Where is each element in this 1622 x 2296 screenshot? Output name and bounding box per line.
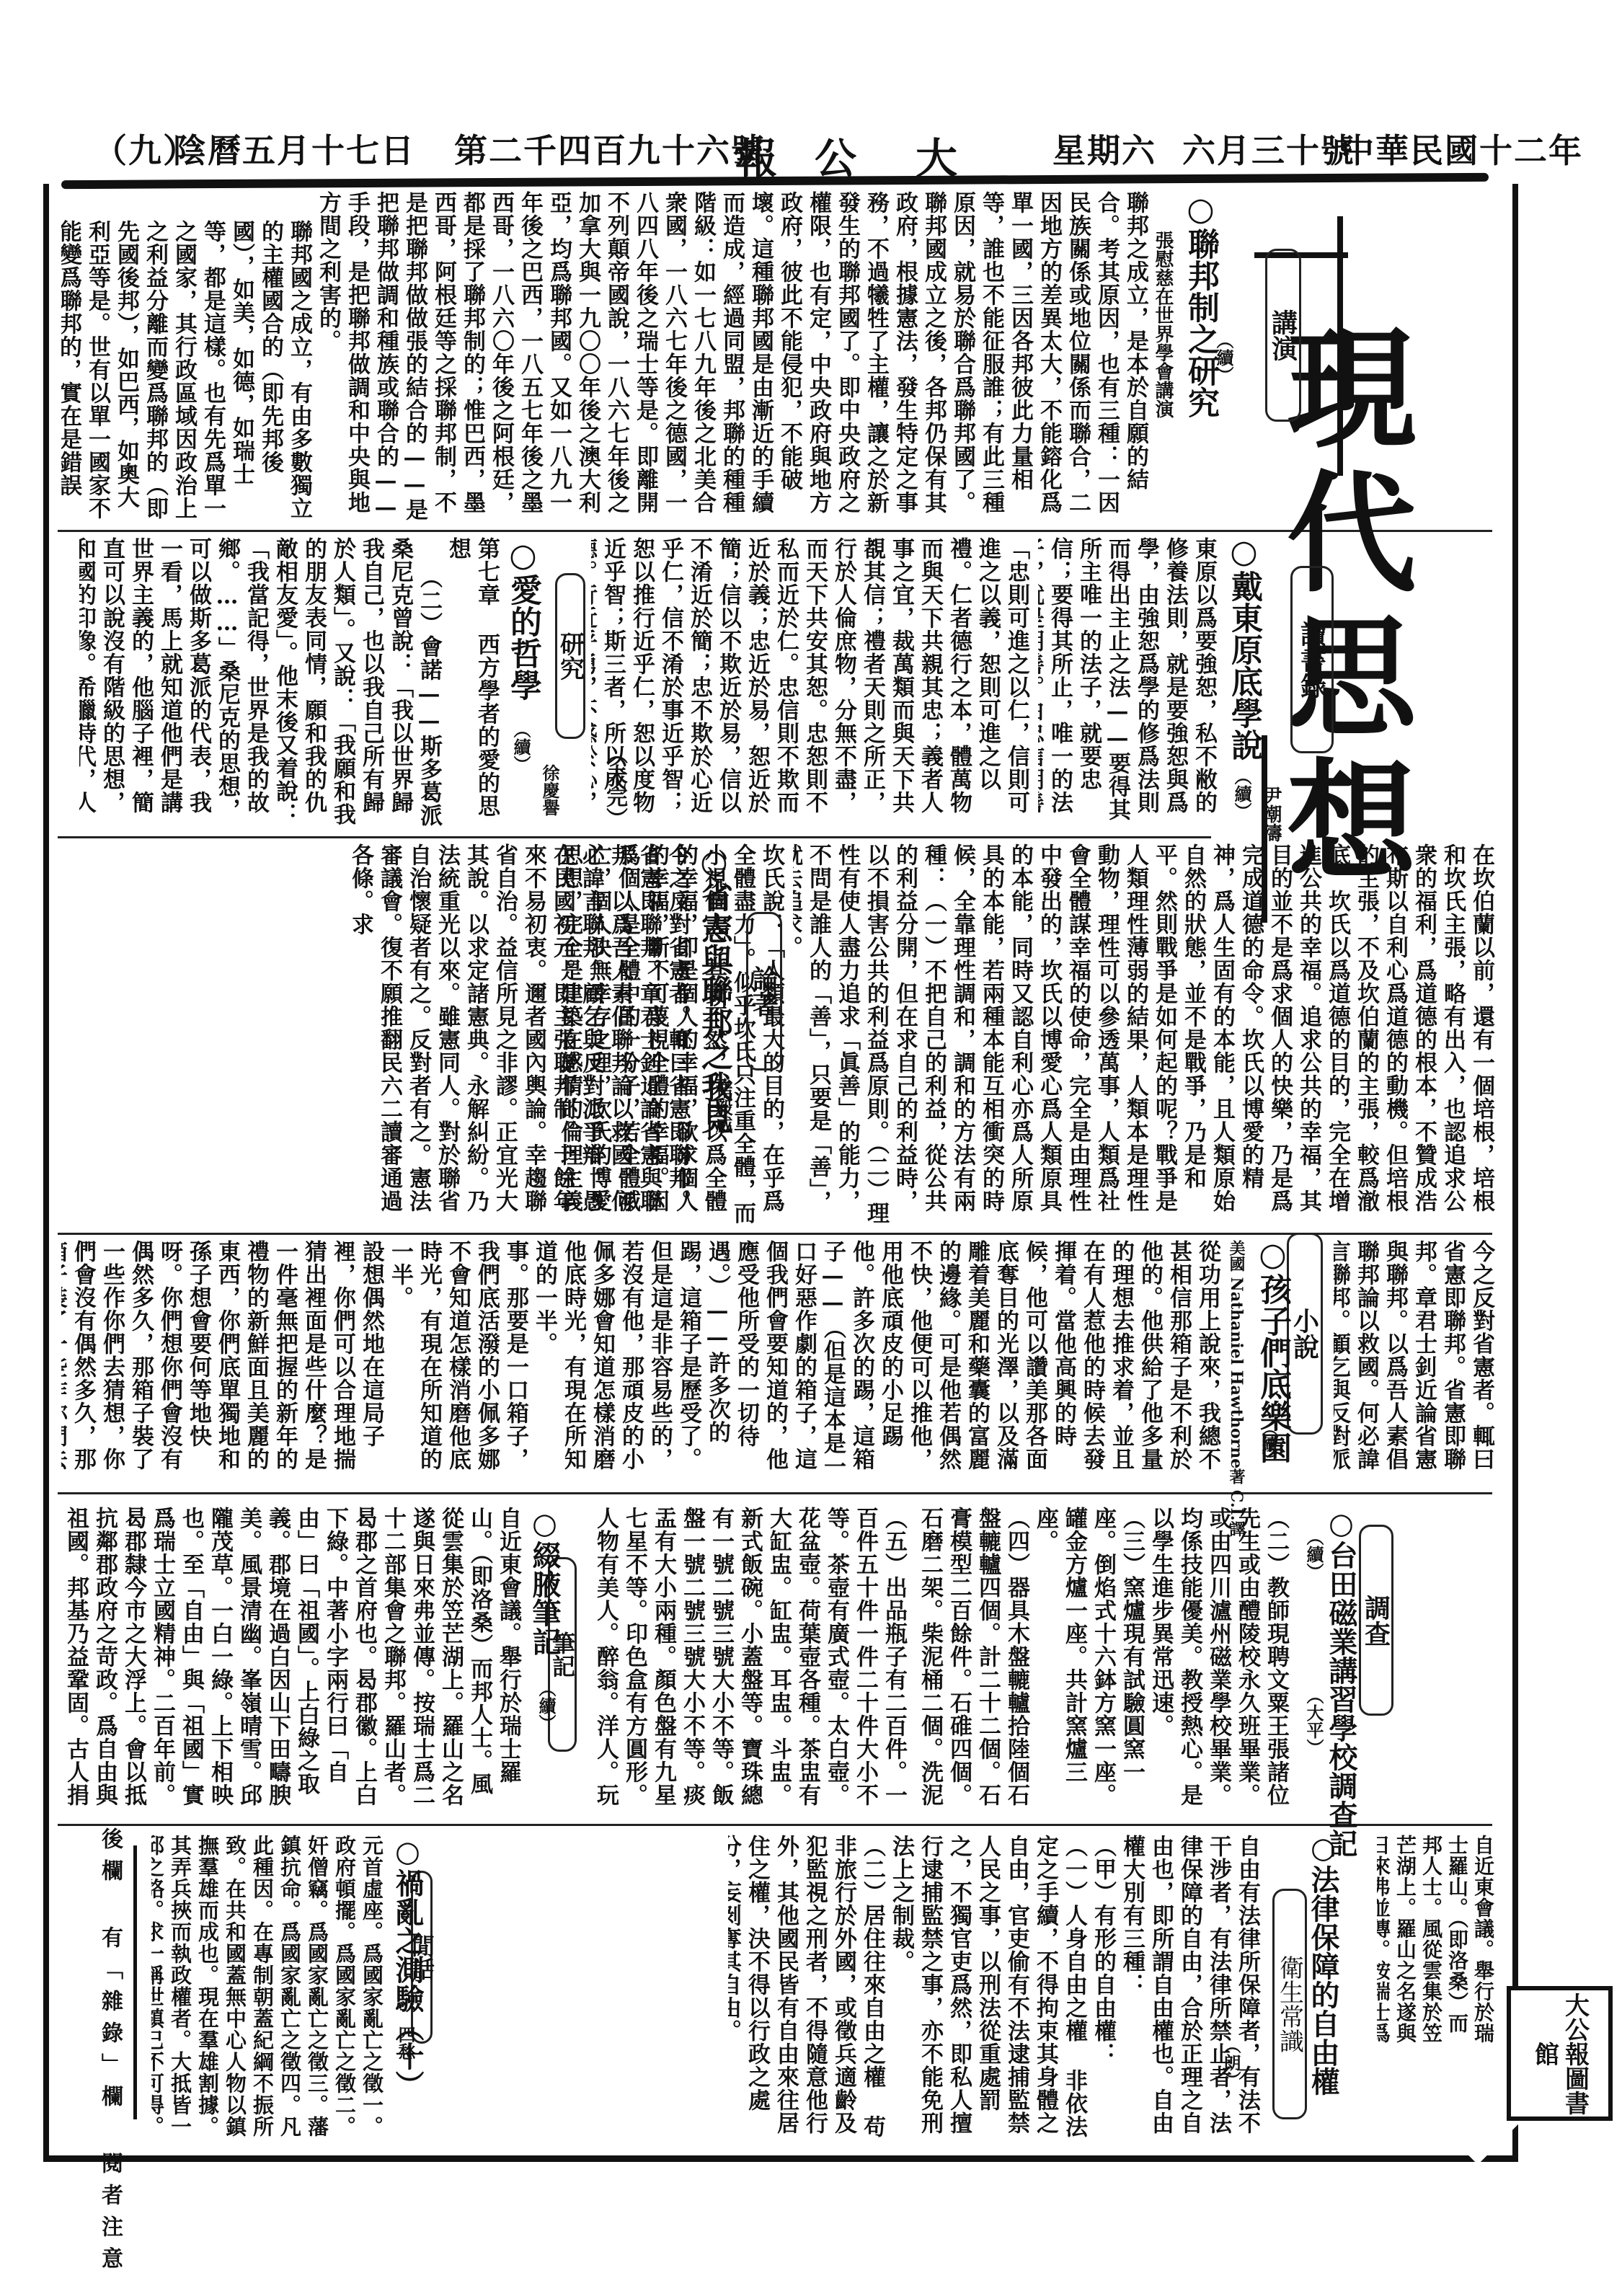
paragraph: 桑尼克曾說：「我以世界歸我自己，也以我自己所有歸於人類」。又說：「我願和我的朋友… <box>79 537 415 829</box>
article-title-dai-dongyuan: ○戴東原底學說 <box>1226 533 1262 764</box>
article-continuation: （續） <box>1211 332 1236 384</box>
article-body-federalism: 聯邦之成立，是本於自願的結合。考其原因，也有三種：一因民族關係或地位關係而聯合，… <box>61 191 1150 523</box>
section-label-text: 講演 <box>1265 309 1302 361</box>
editorial-notice: 後欄 有「雜錄」欄 閱者注意 <box>94 1827 125 2279</box>
article-body-philosophy-of-love: 第七章 西方學者的愛的思想 （二）會諾——斯多葛派 桑尼克曾說：「我以世界歸我自… <box>79 537 501 829</box>
article-title-federalism: ○聯邦制之研究 <box>1182 191 1218 443</box>
paragraph: 自近東會議。舉行於瑞士羅山。（即洛桑）而邦人士。風從雲集於笠芒湖上。羅山之名遂與… <box>1377 1835 1496 2044</box>
section-label-reading: 讀書錄 <box>1290 566 1334 753</box>
article-body-dai-dongyuan-1: 東原以爲要強恕，私不敝的修養法則，就是要強恕與爲學，由強恕爲學的修爲法則而得出主… <box>1038 537 1218 829</box>
column-divider <box>133 1845 137 2119</box>
row-divider-4 <box>58 1492 1492 1494</box>
end-mark: （未完） <box>598 743 630 829</box>
article-body-provincial-constitution: 今之反對省憲者。輒曰省憲即聯邦。省憲即聯邦。章君士釗近論省憲與聯邦。以爲吾人素倡… <box>61 843 692 1225</box>
subheading: （二）會諾——斯多葛派 <box>415 566 443 829</box>
section-label-research: 研究 <box>555 573 585 739</box>
masthead: （九） 陰曆五月十七日 第二千四百九十六號 報 公 大 星期六 六月三十號 中華… <box>87 119 1471 169</box>
issue-number: 第二千四百九十六號 <box>454 125 766 172</box>
gregorian-month-day: 六月三十號 <box>1182 125 1355 172</box>
paragraph: 自近東會議。舉行於瑞士羅山。（即洛桑）而邦人士。風從雲集於笠芒湖上。羅山之名遂與… <box>65 1507 523 1817</box>
row-divider-5 <box>58 1824 1492 1826</box>
row-divider-3 <box>58 1233 1492 1235</box>
paragraph: （二）居住往來自由之權 苟非旅行於外國，或徵兵適齡及犯監視之刑者，不得隨意他行外… <box>728 1835 887 2148</box>
paragraph: （三）窯爐現有試驗圓窯一座。倒焰式十六鉢方窯一座。罐金方爐一座。共計窯爐三座。 <box>1031 1507 1146 1817</box>
article-body-porcelain-school-2: （五）出品瓶子有二百件。一百件五十件一件二十件大小不等。茶壺有廣式壺。太白壺。花… <box>591 1507 908 1817</box>
row-divider-2 <box>58 836 1211 838</box>
article-body-legal-freedom: 自由有法律所保障者，有法不干涉者，有法律所禁止者，法律保障的自由，合於正理之自由… <box>728 1835 1262 2148</box>
paragraph: 設想偶然地在這局子裡，你們可以合理地揣猜出裡面是些什麼？是一件毫無把握的新年的禮… <box>61 1240 386 1485</box>
article-author: 褚毅威 <box>710 1081 735 1133</box>
article-author: 張慰慈在世界學會講演 <box>1150 231 1176 418</box>
paragraph: 東原以爲要強恕，私不敝的修養法則，就是要強恕與爲學，由強恕爲學的修爲法則而得出主… <box>1038 537 1218 829</box>
article-body-porcelain-school-1: （二）教師現聘文粟王張諸位先生或由醴陵校永久班畢業。或由四川瀘州磁業學校畢業。均… <box>916 1507 1290 1817</box>
article-continuation: （續） <box>1301 1528 1326 1580</box>
paragraph: 元首虛座。爲國家亂亡之徵一。政府頓擺。爲國家亂亡之徵二。奸僧竊。爲國家亂亡之徵三… <box>151 1835 386 2148</box>
section-label-text: 調查 <box>1358 1595 1395 1646</box>
paragraph: 自由有法律所保障者，有法不干涉者，有法律所禁止者，法律保障的自由，合於正理之自由… <box>1117 1835 1262 2148</box>
paragraph: 在坎伯蘭以前，還有一個培根，培根和坎氏主張，略有出入，也認追求公衆的福利，爲道德… <box>793 843 1496 1225</box>
section-label-investigation: 調查 <box>1359 1525 1393 1716</box>
article-continuation: （續） <box>533 1680 559 1732</box>
article-body-zhuiye-notes: 自近東會議。舉行於瑞士羅山。（即洛桑）而邦人士。風從雲集於笠芒湖上。羅山之名遂與… <box>65 1507 523 1817</box>
article-body-zhuiye-notes-end: 自近東會議。舉行於瑞士羅山。（即洛桑）而邦人士。風從雲集於笠芒湖上。羅山之名遂與… <box>1377 1835 1496 2044</box>
article-body-chaos-test: 元首虛座。爲國家亂亡之徵一。政府頓擺。爲國家亂亡之徵二。奸僧竊。爲國家亂亡之徵三… <box>151 1835 386 2148</box>
paragraph: 今之反對省憲者。輒曰省憲即聯邦。省憲即聯邦。章君士釗近論省憲與聯邦。以爲吾人素倡… <box>346 843 692 1225</box>
lunar-date: 陰曆五月十七日 <box>173 125 415 172</box>
section-label-lecture: 講演 <box>1265 249 1301 422</box>
section-label-text: 小說 <box>1287 1308 1324 1360</box>
paragraph: 事。那要是一口箱子，我們底活潑的小佩多娜不會知道怎樣消磨他底時光，有現在所知道的… <box>386 1240 530 1485</box>
article-title-childrens-paradise: ○孩子們底樂園 <box>1254 1236 1290 1445</box>
paragraph: （四）器具木盤轆轤拾陸個石盤轆轤四個。計二十二個。石膏模型二百餘件。石碓四個。石… <box>916 1507 1031 1817</box>
chapter-heading: 第七章 西方學者的愛的思想 <box>443 537 501 829</box>
gregorian-year: 中華民國十二年 <box>1341 125 1583 172</box>
paragraph: （五）出品瓶子有二百件。一百件五十件一件二十件大小不等。茶壺有廣式壺。太白壺。花… <box>591 1507 908 1817</box>
article-continuation: （續） <box>1229 768 1254 820</box>
section-label-text: 研究 <box>553 631 588 681</box>
paragraph: （二）教師現聘文粟王張諸位先生或由醴陵校永久班畢業。或由四川瀘州磁業學校畢業。均… <box>1146 1507 1290 1817</box>
section-label-text: 讀書錄 <box>1294 621 1331 699</box>
article-title-zhuiye-notes: ○綴腋筆記 <box>526 1507 562 1694</box>
section-label-text: 論著 <box>746 965 783 1017</box>
article-author: 四愁 <box>393 2026 418 2060</box>
article-title-porcelain-school: ○台田磁業講習學校調查記 <box>1323 1507 1359 1817</box>
article-continuation: （續） <box>508 721 533 773</box>
article-author: （大平） <box>1301 1687 1326 1756</box>
article-body-childrens-paradise: 從功用上說來，我總不甚相信那箱子是不利於他的。他供給了他多量的理想去推求着，並且… <box>61 1240 1222 1485</box>
paragraph: 聯邦之成立，是本於自願的結合。考其原因，也有三種：一因民族關係或地位關係而聯合，… <box>314 191 1150 523</box>
paragraph: 「忠則可進之以仁，信則可進之以義，恕則可進之以禮。仁者德行之本，體萬物而與天下共… <box>591 537 1031 829</box>
article-title-legal-freedom: ○法律保障的自由權 <box>1305 1831 1341 2069</box>
article-body-philosophy-of-love-cont: 在坎伯蘭以前，還有一個培根，培根和坎氏主張，略有出入，也認追求公衆的福利，爲道德… <box>793 843 1496 1225</box>
article-body-provincial-constitution-end: 今之反對省憲者。輒曰省憲即聯邦。省憲即聯邦。章君士釗近論省憲與聯邦。以爲吾人素倡… <box>1334 1240 1496 1485</box>
article-body-dai-dongyuan-2: 「忠則可進之以仁，信則可進之以義，恕則可進之以禮。仁者德行之本，體萬物而與天下共… <box>591 537 1031 829</box>
paragraph: 今之反對省憲者。輒曰省憲即聯邦。省憲即聯邦。章君士釗近論省憲與聯邦。以爲吾人素倡… <box>1334 1240 1496 1485</box>
paragraph: 聯邦國之成立，有由多數獨立的主權國合的（即先邦後國），如美，如德，如瑞士等，都是… <box>61 220 314 523</box>
section-label-fiction: 小說 <box>1287 1233 1323 1435</box>
subheading: （甲）有形的自由權： <box>1089 1835 1117 2148</box>
library-stamp: 大公報圖書館 <box>1507 1986 1613 2121</box>
paragraph: （一）人身自由之權 非依法定之手續，不得拘束其身體之自由，官吏偷有不法逮捕監禁人… <box>887 1835 1089 2148</box>
article-author: 尹潮濤 <box>1258 786 1285 842</box>
article-author: 美國 Nathaniel Hawthorne著 C.I.譯 <box>1226 1240 1248 1537</box>
section-label-text: 衛生常識 <box>1272 1955 1308 2053</box>
section-label-treatise: 論著 <box>746 912 782 1071</box>
paragraph: 從功用上說來，我總不甚相信那箱子是不利於他的。他供給了他多量的理想去推求着，並且… <box>530 1240 1222 1485</box>
section-label-common-knowledge: 衛生常識 <box>1272 1889 1307 2119</box>
weekday: 星期六 <box>1052 125 1156 172</box>
article-continuation: （續） <box>1258 1420 1280 1468</box>
article-author: 徐慶譽 <box>537 764 562 816</box>
